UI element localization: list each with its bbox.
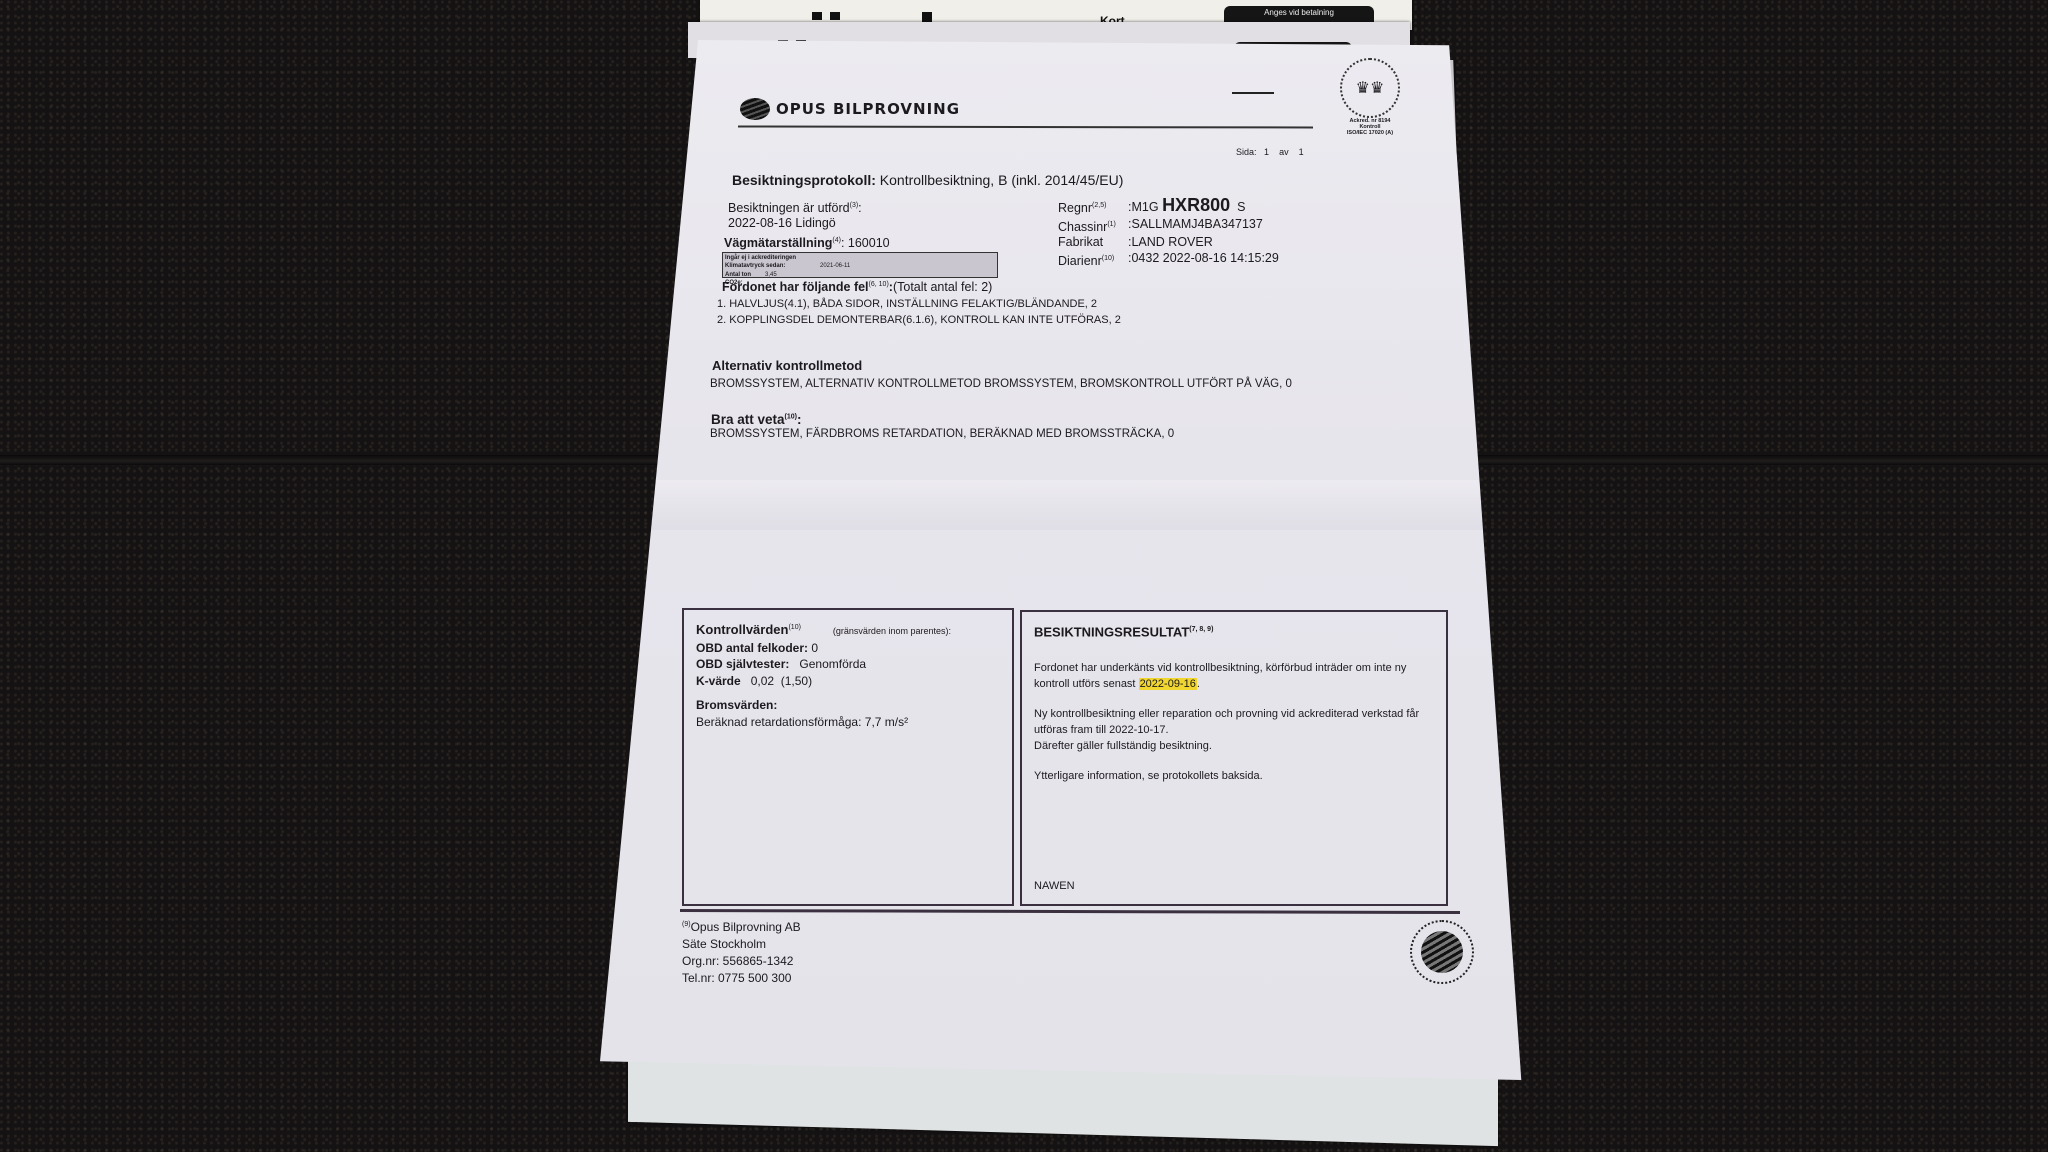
full-inspection-text: Därefter gäller fullständig besiktning. [1034,738,1434,754]
more-info-text: Ytterligare information, se protokollets… [1034,768,1434,784]
company-name: Opus Bilprovning AB [691,920,801,934]
alternative-method-heading: Alternativ kontrollmetod [712,358,862,373]
climate-footprint-box: Ingår ej i ackrediteringen Klimatavtryck… [722,252,998,278]
inspection-result-box: BESIKTNINGSRESULTAT(7, 8, 9) Fordonet ha… [1020,610,1448,906]
good-to-know-heading: Bra att veta(10): [711,412,802,427]
inspection-date-place: 2022-08-16 Lidingö [728,216,862,231]
regnr-suffix: S [1237,200,1245,214]
back-paper-mark [830,12,840,20]
footnote-ref: (6, 10) [869,281,889,288]
page-of: av [1279,147,1289,157]
control-values-box: Kontrollvärden(10)(gränsvärden inom pare… [682,608,1014,906]
brake-values-heading: Bromsvärden: [696,698,777,712]
fault-item: 2. KOPPLINGSDEL DEMONTERBAR(6.1.6), KONT… [717,312,1121,328]
title-value: Kontrollbesiktning, B (inkl. 2014/45/EU) [880,172,1124,188]
verdict-end: . [1197,678,1200,690]
brand-name: OPUS BILPROVNING [776,100,960,118]
limits-note: (gränsvärden inom parentes): [833,626,951,636]
faults-total: (Totalt antal fel: 2) [893,280,992,294]
org-number: Org.nr: 556865-1342 [682,953,801,970]
company-seat: Säte Stockholm [682,936,801,953]
odometer: Vägmätarställning(4): 160010 [724,236,890,250]
vehicle-category: M1G [1131,200,1158,214]
odometer-label: Vägmätarställning [724,236,832,250]
registration-plate: HXR800 [1162,195,1230,215]
result-verdict: Fordonet har underkänts vid kontrollbesi… [1034,660,1434,692]
inspection-protocol-sheet: OPUS BILPROVNING ♛♛ Ackred. nr 8194 Kont… [600,40,1525,1080]
brake-value: 7,7 m/s² [865,715,908,729]
alternative-method-text: BROMSSYSTEM, ALTERNATIV KONTROLLMETOD BR… [710,378,1292,390]
header-rule [738,125,1313,128]
regnr-label: Regnr [1058,201,1092,215]
swedac-stamp: ♛♛ Ackred. nr 8194 Kontroll ISO/IEC 1702… [1330,58,1410,136]
company-footer: (9)Opus Bilprovning AB Säte Stockholm Or… [682,916,801,987]
climate-value: 2021-06-11 [820,262,850,270]
back-paper-mark [812,12,822,20]
climate-key: Klimatavtryck sedan: [725,262,820,270]
result-heading: BESIKTNINGSRESULTAT [1034,624,1189,639]
obd-codes-label: OBD antal felkoder: [696,641,808,655]
page-label: Sida: [1236,147,1257,157]
good-to-know-label: Bra att veta [711,412,785,427]
make-label: Fabrikat [1058,235,1128,251]
footnote-ref: (10) [785,414,797,421]
page-indicator: Sida: 1 av 1 [1236,147,1304,157]
fault-item: 1. HALVLJUS(4.1), BÅDA SIDOR, INSTÄLLNIN… [717,296,1121,312]
k-limit: (1,50) [781,674,812,688]
inspector-code: NAWEN [1034,878,1075,894]
footnote-ref: (9) [682,921,691,928]
obd-codes-value: 0 [811,641,818,655]
swedac-line3: ISO/IEC 17020 (A) [1330,130,1410,136]
footnote-ref: (4) [832,237,841,244]
pen-mark [1232,92,1274,94]
page-total: 1 [1299,147,1304,157]
footer-rule [680,909,1460,914]
diarienr-label: Diarienr [1058,254,1102,268]
footnote-ref: (1) [1107,221,1116,228]
inspection-label: Besiktningen är utförd [728,201,850,215]
document-title: Besiktningsprotokoll: Kontrollbesiktning… [732,172,1123,188]
brand-logo: OPUS BILPROVNING [740,98,960,120]
crown-icon: ♛♛ [1340,58,1400,118]
vehicle-info: Regnr(2,5) :M1G HXR800 S Chassinr(1) :SA… [1058,198,1279,269]
footnote-ref: (10) [1102,255,1114,262]
footnote-ref: (2,5) [1092,202,1106,209]
title-label: Besiktningsprotokoll: [732,172,876,188]
footnote-ref: (10) [788,624,800,631]
phone-number: Tel.nr: 0775 500 300 [682,970,801,987]
reinspection-text: Ny kontrollbesiktning eller reparation o… [1034,706,1434,738]
obd-self-label: OBD självtester: [696,657,789,671]
k-value-label: K-värde [696,674,741,688]
control-values-heading: Kontrollvärden [696,622,788,637]
good-to-know-text: BROMSSYSTEM, FÄRDBROMS RETARDATION, BERÄ… [710,428,1174,440]
chassis-number: SALLMAMJ4BA347137 [1131,217,1262,231]
footnote-ref: (7, 8, 9) [1189,626,1213,633]
diary-number: 0432 2022-08-16 14:15:29 [1131,251,1278,265]
climate-header: Ingår ej i ackrediteringen [725,254,995,262]
vehicle-make: LAND ROVER [1131,235,1212,249]
k-value: 0,02 [751,674,774,688]
faults-heading-label: Fordonet har följande fel [722,280,869,294]
verdict-text: Fordonet har underkänts vid kontrollbesi… [1034,662,1406,690]
chassinr-label: Chassinr [1058,220,1107,234]
obd-self-value: Genomförda [799,657,866,671]
page-current: 1 [1264,147,1269,157]
brake-label: Beräknad retardationsförmåga: [696,715,861,729]
climate-compensated-icon [1410,920,1474,984]
odometer-value: 160010 [848,236,890,250]
footnote-ref: (3) [850,202,859,209]
faults-heading: Fordonet har följande fel(6, 10):(Totalt… [722,280,992,294]
driving-ban-date-highlight: 2022-09-16 [1139,678,1197,690]
inspection-info: Besiktningen är utförd(3): 2022-08-16 Li… [728,198,862,231]
faults-list: 1. HALVLJUS(4.1), BÅDA SIDOR, INSTÄLLNIN… [717,296,1121,328]
globe-icon [740,98,770,120]
